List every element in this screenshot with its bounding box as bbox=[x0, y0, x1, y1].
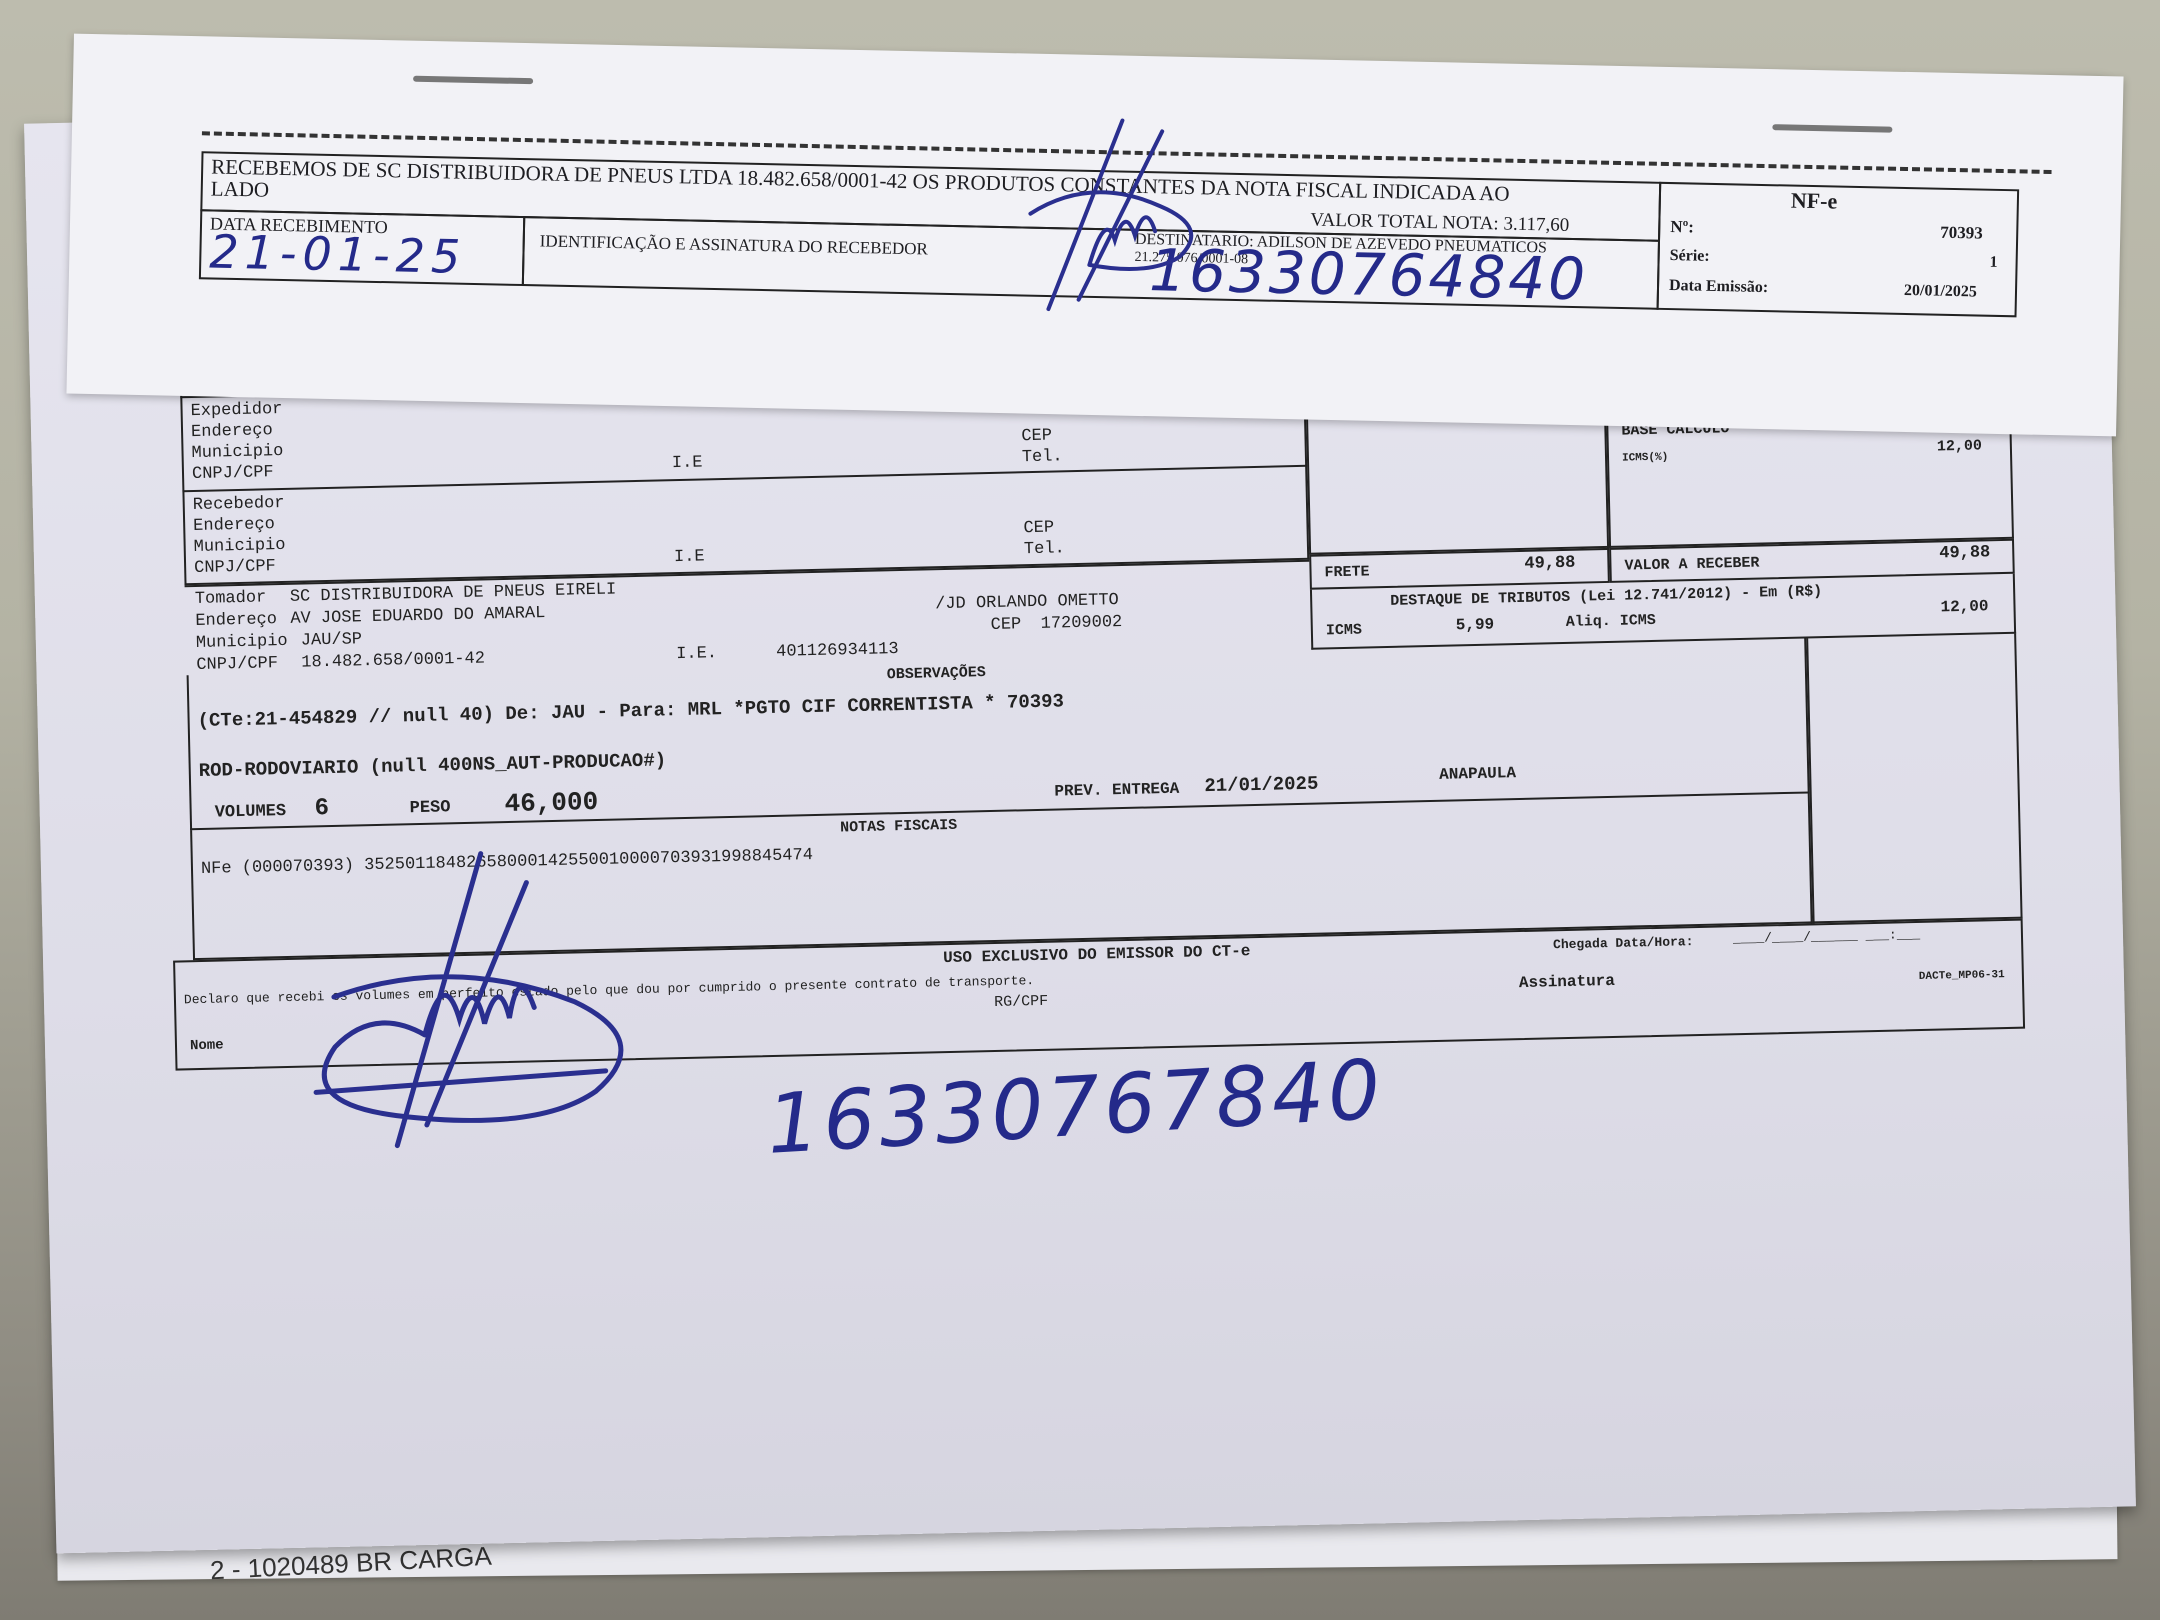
observacoes-title: OBSERVAÇÕES bbox=[887, 664, 986, 683]
form-code: DACTe_MP06-31 bbox=[1919, 969, 2005, 983]
recebedor-endereco-label: Endereço bbox=[193, 515, 275, 536]
expedidor-tel-label: Tel. bbox=[1022, 447, 1063, 467]
obs-peso-value: 46,000 bbox=[504, 787, 598, 819]
tomador-cep-label: CEP bbox=[990, 615, 1021, 635]
expedidor-cep-label: CEP bbox=[1021, 427, 1052, 447]
handwritten-rg-cpf: 16330767840 bbox=[764, 1042, 1386, 1172]
tomador-municipio-label: Municipio bbox=[196, 632, 288, 653]
icms-aliq-label: ICMS(%) bbox=[1622, 452, 1668, 465]
valor-receber-label: VALOR A RECEBER bbox=[1624, 555, 1759, 575]
rg-cpf-label[interactable]: RG/CPF bbox=[994, 993, 1048, 1011]
canhoto-receipt: RECEBEMOS DE SC DISTRIBUIDORA DE PNEUS L… bbox=[66, 34, 2123, 437]
notas-fiscais-title: NOTAS FISCAIS bbox=[840, 817, 957, 837]
nfe-title: NF-e bbox=[1791, 188, 1838, 215]
nfe-numero-label: Nº: bbox=[1670, 217, 1694, 237]
tributos-icms-label: ICMS bbox=[1326, 622, 1362, 640]
recebedor-ie-label: I.E bbox=[674, 547, 705, 567]
obs-peso-label: PESO bbox=[409, 798, 450, 818]
signature-icon bbox=[1008, 113, 1312, 319]
expedidor-title: Expedidor bbox=[190, 400, 282, 421]
expedidor-endereco-label: Endereço bbox=[191, 421, 273, 442]
signature-icon bbox=[271, 837, 778, 1178]
tributos-aliq-value: 12,00 bbox=[1940, 597, 1988, 616]
operador-name: ANAPAULA bbox=[1439, 764, 1516, 784]
valor-receber-value: 49,88 bbox=[1939, 543, 1990, 563]
tomador-bairro: /JD ORLANDO OMETTO bbox=[935, 591, 1119, 614]
nfe-serie-label: Série: bbox=[1669, 247, 1709, 266]
obs-volumes-label: VOLUMES bbox=[215, 802, 287, 823]
frete-label: FRETE bbox=[1324, 563, 1369, 581]
nfe-emissao-label: Data Emissão: bbox=[1669, 277, 1768, 297]
frete-value: 49,88 bbox=[1524, 554, 1575, 574]
tomador-cep-value: 17209002 bbox=[1040, 613, 1122, 634]
nfe-numero-value: 70393 bbox=[1940, 223, 1983, 244]
recebedor-tel-label: Tel. bbox=[1024, 539, 1065, 559]
obs-volumes-value: 6 bbox=[314, 795, 329, 822]
tomador-endereco-value: AV JOSE EDUARDO DO AMARAL bbox=[290, 604, 545, 629]
tomador-title: Tomador bbox=[195, 588, 267, 609]
tomador-name: SC DISTRIBUIDORA DE PNEUS EIRELI bbox=[290, 580, 617, 606]
tributos-icms-value: 5,99 bbox=[1456, 616, 1495, 635]
tomador-ie-label: I.E. bbox=[676, 644, 717, 664]
nome-label[interactable]: Nome bbox=[190, 1037, 224, 1054]
tomador-cnpj-label: CNPJ/CPF bbox=[196, 654, 278, 675]
recebemos-text-2: LADO bbox=[211, 176, 270, 202]
recebedor-cep-label: CEP bbox=[1023, 519, 1054, 539]
prev-entrega-value: 21/01/2025 bbox=[1204, 773, 1319, 798]
expedidor-cnpj-label: CNPJ/CPF bbox=[192, 463, 274, 484]
expedidor-municipio-label: Municipio bbox=[191, 442, 283, 463]
recebedor-title: Recebedor bbox=[193, 494, 285, 515]
tomador-municipio-value: JAU/SP bbox=[301, 630, 363, 650]
staple-mark bbox=[1772, 124, 1892, 133]
prev-entrega-label: PREV. ENTREGA bbox=[1054, 780, 1179, 801]
staple-mark bbox=[413, 76, 533, 85]
recebedor-municipio-label: Municipio bbox=[193, 536, 285, 557]
nfe-serie-value: 1 bbox=[1989, 254, 1997, 272]
assinatura-label[interactable]: Assinatura bbox=[1519, 972, 1615, 992]
expedidor-ie-label: I.E bbox=[672, 453, 703, 473]
icms-aliq-value: 12,00 bbox=[1937, 437, 1982, 455]
tributos-aliq-label: Aliq. ICMS bbox=[1566, 612, 1656, 631]
tomador-endereco-label: Endereço bbox=[195, 610, 277, 631]
nfe-emissao-value: 20/01/2025 bbox=[1904, 282, 1977, 302]
chegada-label: Chegada Data/Hora: bbox=[1553, 934, 1694, 952]
data-recebimento-value[interactable]: 21-01-25 bbox=[209, 224, 467, 283]
recebedor-cnpj-label: CNPJ/CPF bbox=[194, 557, 276, 578]
side-blank-box bbox=[1806, 634, 2022, 924]
